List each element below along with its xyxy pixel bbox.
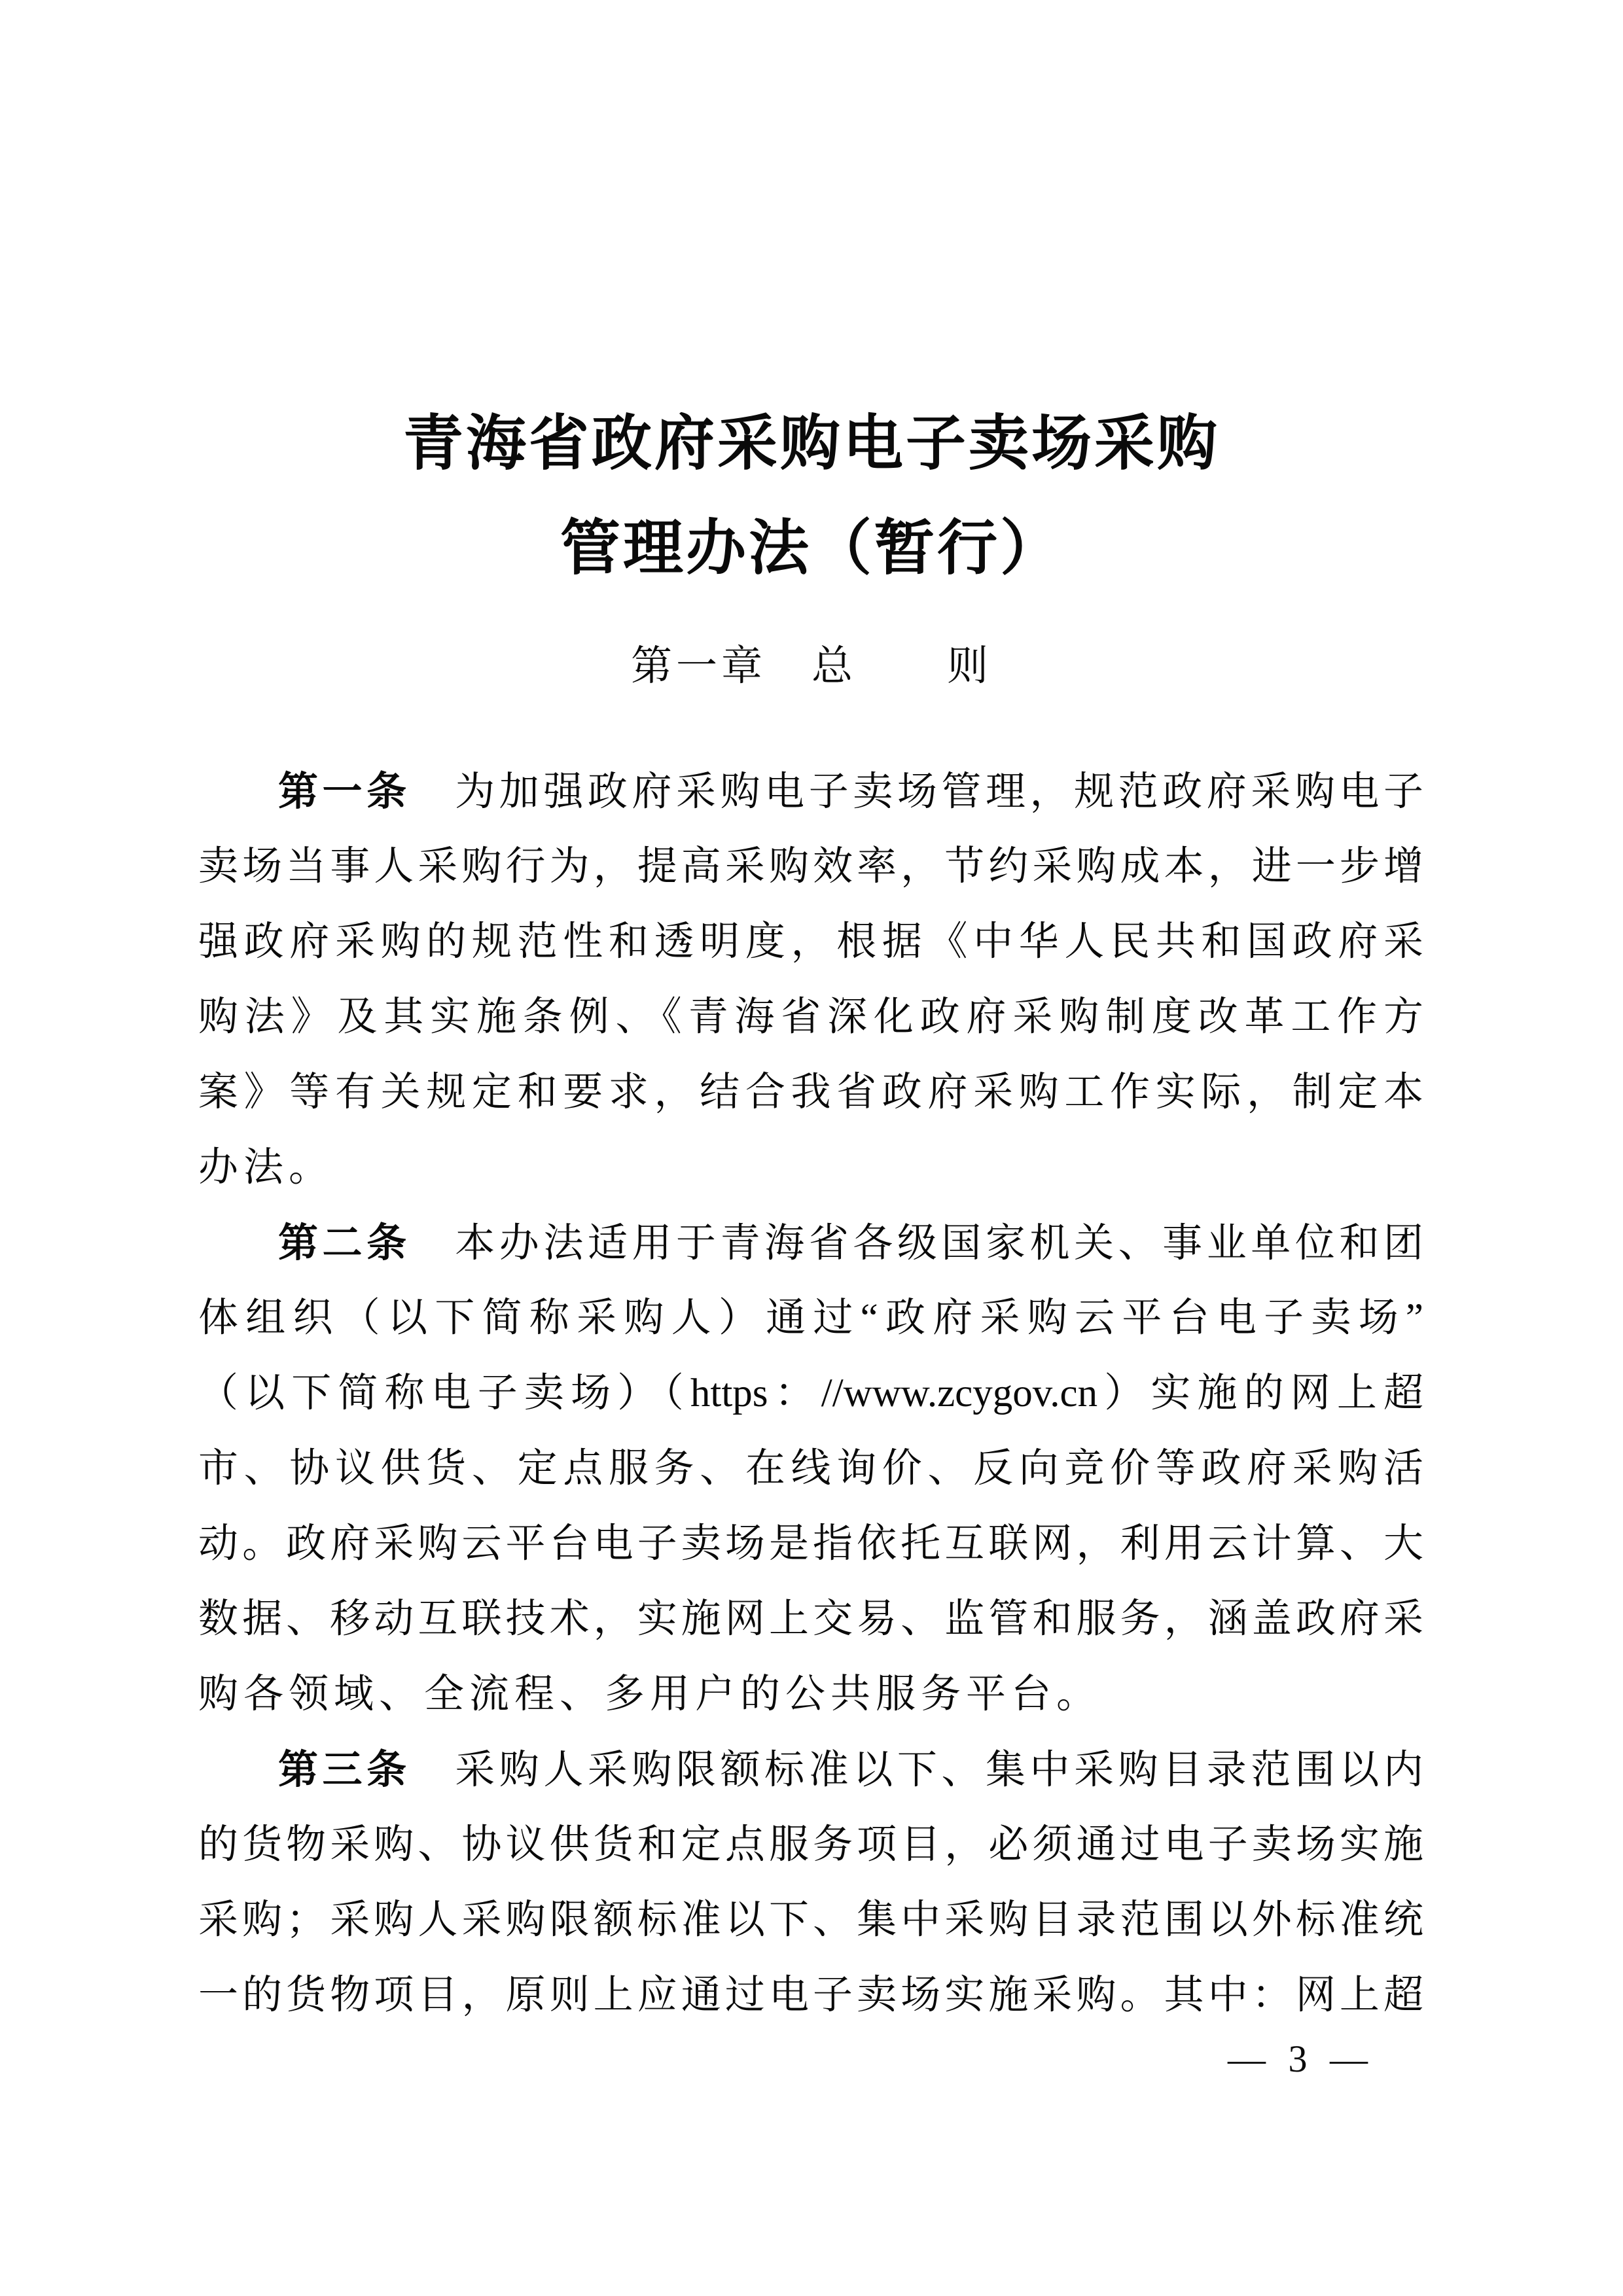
text-line: 体组织（以下简称采购人）通过“政府采购云平台电子卖场” [198,1280,1423,1356]
text-line: 动。政府采购云平台电子卖场是指依托互联网，利用云计算、大 [198,1506,1423,1581]
text-line: 第三条 采购人采购限额标准以下、集中采购目录范围以内 [198,1732,1423,1807]
document-body: 第一条 为加强政府采购电子卖场管理，规范政府采购电子卖场当事人采购行为，提高采购… [198,754,1423,2033]
chapter-heading: 第一章 总 则 [0,640,1623,692]
text-line: 一的货物项目，原则上应通过电子卖场实施采购。其中：网上超 [198,1958,1423,2033]
text-line: 采购；采购人采购限额标准以下、集中采购目录范围以外标准统 [198,1882,1423,1958]
document-title-line-2: 管理办法（暂行） [0,496,1623,601]
article-number: 第三条 [278,1747,411,1792]
document-title: 青海省政府采购电子卖场采购 管理办法（暂行） [0,391,1623,601]
text-line: 数据、移动互联技术，实施网上交易、监管和服务，涵盖政府采 [198,1581,1423,1657]
text-line: 卖场当事人采购行为，提高采购效率，节约采购成本，进一步增 [198,829,1423,904]
text-line: 第一条 为加强政府采购电子卖场管理，规范政府采购电子 [198,754,1423,829]
text-line: 市、协议供货、定点服务、在线询价、反向竞价等政府采购活 [198,1431,1423,1506]
text-line: 强政府采购的规范性和透明度，根据《中华人民共和国政府采 [198,904,1423,980]
page-number: — 3 — [1228,2036,1374,2082]
document-page: 青海省政府采购电子卖场采购 管理办法（暂行） 第一章 总 则 第一条 为加强政府… [0,0,1623,2296]
text-line: 案》等有关规定和要求，结合我省政府采购工作实际，制定本 [198,1055,1423,1130]
document-title-line-1: 青海省政府采购电子卖场采购 [0,391,1623,496]
text-line: 第二条 本办法适用于青海省各级国家机关、事业单位和团 [198,1205,1423,1280]
article-number: 第二条 [278,1220,411,1265]
text-line: 办法。 [198,1130,1423,1205]
text-line: 购各领域、全流程、多用户的公共服务平台。 [198,1657,1423,1732]
text-line: 的货物采购、协议供货和定点服务项目，必须通过电子卖场实施 [198,1807,1423,1882]
text-line: 购法》及其实施条例、《青海省深化政府采购制度改革工作方 [198,980,1423,1055]
article-number: 第一条 [278,769,411,813]
text-line: （以下简称电子卖场）（https：//www.zcygov.cn）实施的网上超 [198,1356,1423,1431]
